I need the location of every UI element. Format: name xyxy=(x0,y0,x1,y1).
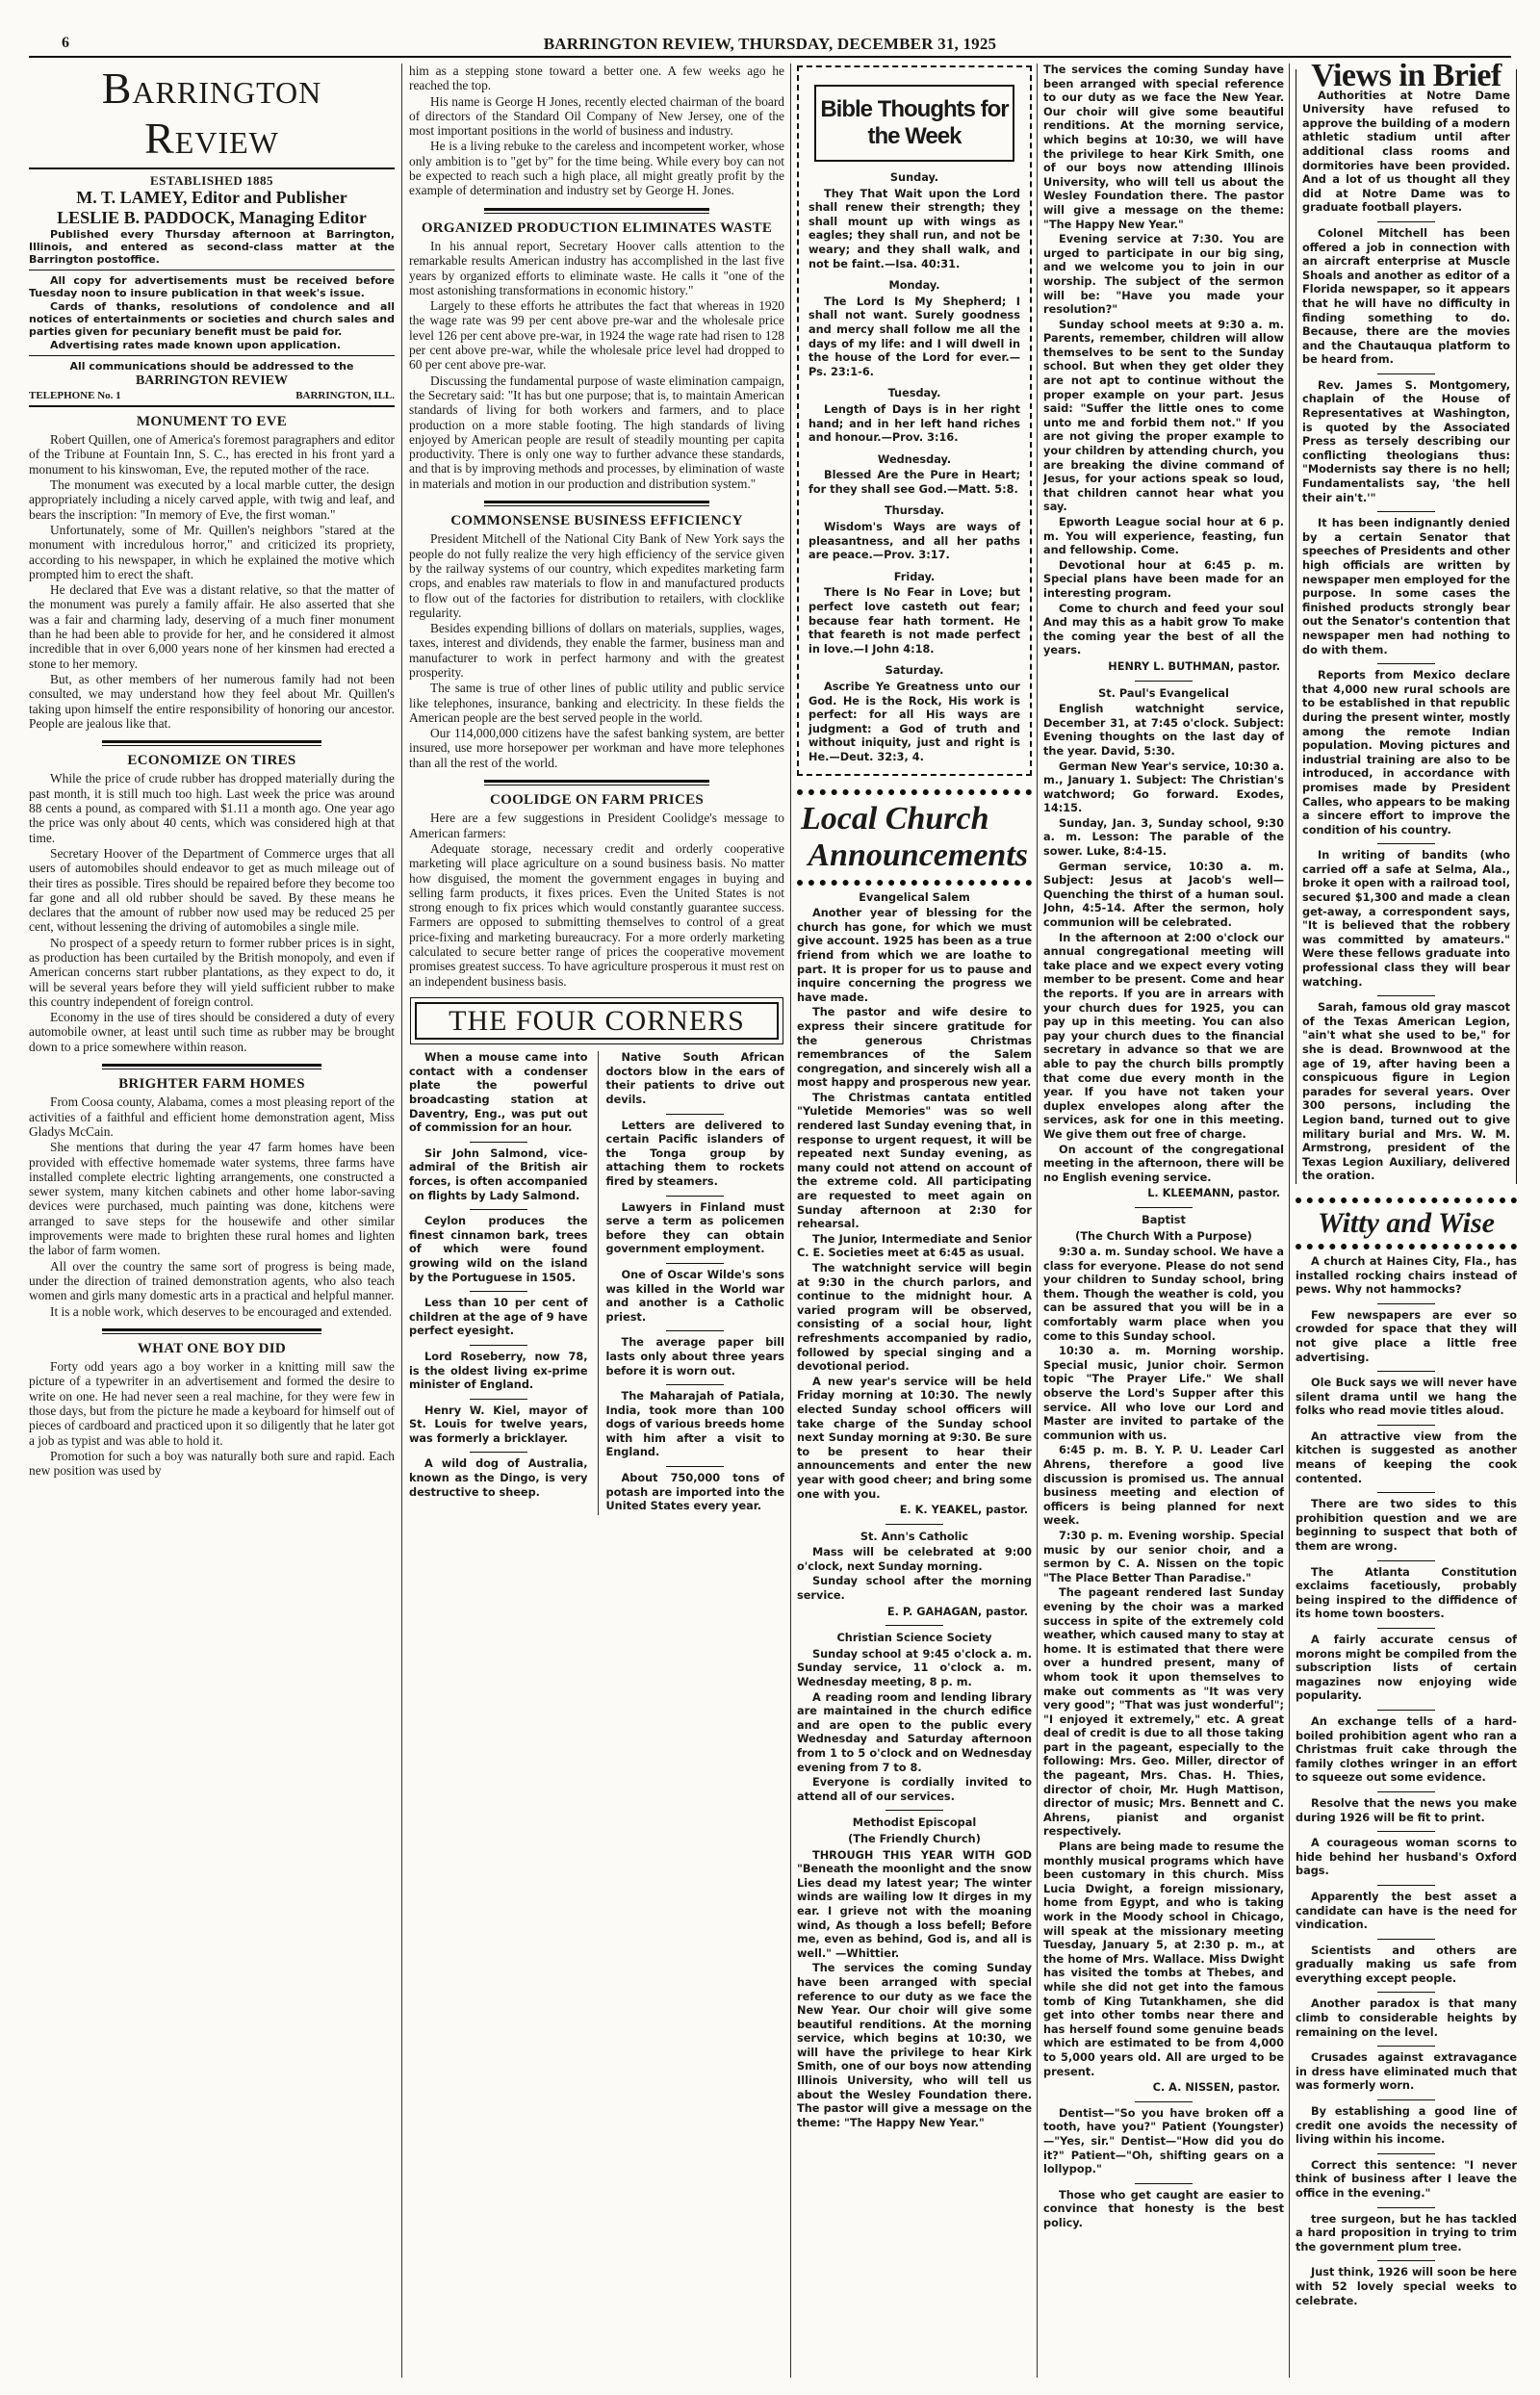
quip: Those who get caught are easier to convi… xyxy=(1043,2189,1284,2231)
headline-coolidge: COOLIDGE ON FARM PRICES xyxy=(409,793,784,808)
paragraph: German New Year's service, 10:30 a. m., … xyxy=(1043,760,1284,816)
paragraph: Robert Quillen, one of America's foremos… xyxy=(29,432,395,476)
paragraph: Mass will be celebrated at 9:00 o'clock,… xyxy=(797,1546,1032,1574)
section-divider xyxy=(102,740,321,746)
paragraph: A reading room and lending library are m… xyxy=(797,1691,1032,1776)
witty-item: Ole Buck says we will never have silent … xyxy=(1296,1377,1517,1419)
running-header: 6 BARRINGTON REVIEW, THURSDAY, DECEMBER … xyxy=(29,33,1511,58)
fact-item: One of Oscar Wilde's sons was killed in … xyxy=(606,1269,785,1325)
paragraph: All over the country the same sort of pr… xyxy=(29,1259,395,1303)
fact-item: Lord Roseberry, now 78, is the oldest li… xyxy=(409,1351,588,1393)
church-name: Evangelical Salem xyxy=(797,891,1032,906)
paragraph: Plans are being made to resume the month… xyxy=(1043,1841,1284,2079)
witty-item: Resolve that the news you make during 19… xyxy=(1296,1797,1517,1825)
paragraph: A new year's service will be held Friday… xyxy=(797,1376,1032,1502)
witty-item: Scientists and others are gradually maki… xyxy=(1296,1944,1517,1987)
paragraph: Largely to these efforts he attributes t… xyxy=(409,298,784,372)
established-line: ESTABLISHED 1885 xyxy=(29,173,395,188)
church-name: St. Ann's Catholic xyxy=(797,1531,1032,1545)
paragraph: Our 114,000,000 citizens have the safest… xyxy=(409,726,784,770)
pastor-signature: L. KLEEMANN, pastor. xyxy=(1043,1187,1280,1201)
paragraph: He is a living rebuke to the careless an… xyxy=(409,139,784,197)
column-rule xyxy=(1289,64,1290,2378)
verse: The Lord Is My Shepherd; I shall not wan… xyxy=(808,296,1020,380)
day-label: Monday. xyxy=(808,279,1020,294)
day-label: Tuesday. xyxy=(808,387,1020,401)
witty-item: An attractive view from the kitchen is s… xyxy=(1296,1430,1517,1486)
paragraph: Sunday school at 9:45 o'clock a. m. Sund… xyxy=(797,1648,1032,1690)
witty-item: There are two sides to this prohibition … xyxy=(1296,1498,1517,1554)
paragraph: The pastor and wife desire to express th… xyxy=(797,1006,1032,1091)
fact-item: Native South African doctors blow in the… xyxy=(606,1051,785,1107)
joke: Dentist—"So you have broken off a tooth,… xyxy=(1043,2107,1284,2177)
paragraph: Everyone is cordially invited to attend … xyxy=(797,1776,1032,1804)
masthead-title: Barrington Review xyxy=(29,64,395,169)
witty-item: Few newspapers are ever so crowded for s… xyxy=(1296,1309,1517,1365)
fact-item: When a mouse came into contact with a co… xyxy=(409,1051,588,1136)
paragraph: His name is George H Jones, recently ele… xyxy=(409,94,784,139)
telephone: TELEPHONE No. 1 xyxy=(29,389,121,403)
fact-item: Henry W. Kiel, mayor of St. Louis for tw… xyxy=(409,1404,588,1447)
witty-item: The Atlanta Constitution exclaims faceti… xyxy=(1296,1566,1517,1622)
paragraph: Evening service at 7:30. You are urged t… xyxy=(1043,233,1284,318)
paragraph: He declared that Eve was a distant relat… xyxy=(29,582,395,671)
banner-title-line1: Local Church xyxy=(801,801,1028,837)
column-1: Barrington Review ESTABLISHED 1885 M. T.… xyxy=(29,64,395,2385)
section-divider xyxy=(484,208,709,214)
paragraph: The same is true of other lines of publi… xyxy=(409,681,784,725)
fact-item: The average paper bill lasts only about … xyxy=(606,1336,785,1378)
column-rule xyxy=(790,64,791,2378)
paragraph: 6:45 p. m. B. Y. P. U. Leader Carl Ahren… xyxy=(1043,1444,1284,1529)
bible-thoughts-box: Bible Thoughts for the Week Sunday. They… xyxy=(797,65,1032,776)
brief-item: Authorities at Notre Dame University hav… xyxy=(1302,90,1510,216)
church-subtitle: (The Church With a Purpose) xyxy=(1043,1230,1284,1245)
four-corners-left: When a mouse came into contact with a co… xyxy=(409,1051,588,1515)
ad-copy-notice: All copy for advertisements must be rece… xyxy=(29,274,395,299)
communications-notice: All communications should be addressed t… xyxy=(29,360,395,373)
paragraph: While the price of crude rubber has drop… xyxy=(29,771,395,844)
paragraph: The Christmas cantata entitled "Yuletide… xyxy=(797,1092,1032,1232)
paragraph: Adequate storage, necessary credit and o… xyxy=(409,841,784,989)
fact-item: Sir John Salmond, vice-admiral of the Br… xyxy=(409,1147,588,1203)
paragraph: In the afternoon at 2:00 o'clock our ann… xyxy=(1043,932,1284,1143)
paragraph: Promotion for such a boy was naturally b… xyxy=(29,1449,395,1479)
paragraph: Besides expending billions of dollars on… xyxy=(409,621,784,680)
day-label: Saturday. xyxy=(808,664,1020,679)
four-corners-title: THE FOUR CORNERS xyxy=(415,1002,779,1040)
paragraph: But, as other members of her numerous fa… xyxy=(29,672,395,731)
witty-item: Crusades against extravagance in dress h… xyxy=(1296,2051,1517,2094)
column-rule xyxy=(401,64,402,2378)
rates-notice: Advertising rates made known upon applic… xyxy=(29,339,395,351)
church-name: Methodist Episcopal xyxy=(797,1816,1032,1831)
verse: Length of Days is in her right hand; and… xyxy=(808,403,1020,446)
witty-item: By establishing a good line of credit on… xyxy=(1296,2105,1517,2148)
paragraph: Epworth League social hour at 6 p. m. Yo… xyxy=(1043,516,1284,558)
brief-item: Rev. James S. Montgomery, chaplain of th… xyxy=(1302,379,1510,505)
headline-tires: ECONOMIZE ON TIRES xyxy=(29,754,395,768)
pastor-signature: E. K. YEAKEL, pastor. xyxy=(797,1504,1028,1518)
verse: Ascribe Ye Greatness unto our God. He is… xyxy=(808,681,1020,765)
day-label: Sunday. xyxy=(808,171,1020,186)
fact-item: The Maharajah of Patiala, India, took mo… xyxy=(606,1390,785,1460)
pastor-signature: C. A. NISSEN, pastor. xyxy=(1043,2081,1280,2096)
views-in-brief-box: Views in Brief Authorities at Notre Dame… xyxy=(1296,69,1517,1184)
verse: Wisdom's Ways are ways of pleasantness, … xyxy=(808,521,1020,563)
paragraph: Another year of blessing for the church … xyxy=(797,907,1032,1005)
paragraph: In his annual report, Secretary Hoover c… xyxy=(409,239,784,297)
church-name: Christian Science Society xyxy=(797,1632,1032,1646)
paragraph: English watchnight service, December 31,… xyxy=(1043,703,1284,759)
verse: There Is No Fear in Love; but perfect lo… xyxy=(808,586,1020,657)
column-4: The services the coming Sunday have been… xyxy=(1043,64,1284,2385)
fact-item: About 750,000 tons of potash are importe… xyxy=(606,1472,785,1514)
brief-item: Sarah, famous old gray mascot of the Tex… xyxy=(1302,1001,1510,1184)
headline-one-boy: WHAT ONE BOY DID xyxy=(29,1342,395,1356)
paragraph: 9:30 a. m. Sunday school. We have a clas… xyxy=(1043,1246,1284,1344)
paragraph: Come to church and feed your soul And ma… xyxy=(1043,603,1284,658)
headline-efficiency: COMMONSENSE BUSINESS EFFICIENCY xyxy=(409,514,784,528)
paragraph: Devotional hour at 6:45 p. m. Special pl… xyxy=(1043,559,1284,602)
fact-item: Less than 10 per cent of children at the… xyxy=(409,1297,588,1339)
paragraph: It is a noble work, which deserves to be… xyxy=(29,1304,395,1319)
witty-item: Another paradox is that many climb to co… xyxy=(1296,1997,1517,2040)
witty-item: Just think, 1926 will soon be here with … xyxy=(1296,2266,1517,2308)
managing-editor-line: LESLIE B. PADDOCK, Managing Editor xyxy=(29,208,395,228)
church-subtitle: (The Friendly Church) xyxy=(797,1833,1032,1847)
day-label: Wednesday. xyxy=(808,453,1020,468)
publication-notice: Published every Thursday afternoon at Ba… xyxy=(29,228,395,266)
paragraph: The monument was executed by a local mar… xyxy=(29,477,395,522)
newspaper-page: 6 BARRINGTON REVIEW, THURSDAY, DECEMBER … xyxy=(0,0,1540,2395)
brief-item: Reports from Mexico declare that 4,000 n… xyxy=(1302,669,1510,837)
section-divider xyxy=(102,1328,321,1334)
verse: They That Wait upon the Lord shall renew… xyxy=(808,188,1020,272)
headline-monument: MONUMENT TO EVE xyxy=(29,415,395,429)
day-label: Friday. xyxy=(808,571,1020,585)
paragraph: From Coosa county, Alabama, comes a most… xyxy=(29,1094,395,1139)
paragraph-continued: The services the coming Sunday have been… xyxy=(1043,64,1284,232)
church-name: St. Paul's Evangelical xyxy=(1043,687,1284,702)
witty-and-wise-banner: Witty and Wise xyxy=(1296,1197,1517,1249)
brief-item: Colonel Mitchell has been offered a job … xyxy=(1302,227,1510,368)
brief-item: In writing of bandits (who carried off a… xyxy=(1302,849,1510,990)
editor-line: M. T. LAMEY, Editor and Publisher xyxy=(29,188,395,208)
column-rule xyxy=(1037,64,1038,2378)
bible-thoughts-title: Bible Thoughts for the Week xyxy=(814,85,1014,162)
poem: THROUGH THIS YEAR WITH GOD "Beneath the … xyxy=(797,1849,1032,1962)
paragraph: Sunday school after the morning service. xyxy=(797,1575,1032,1603)
paragraph: Unfortunately, some of Mr. Quillen's nei… xyxy=(29,523,395,581)
verse: Blessed Are the Pure in Heart; for they … xyxy=(808,469,1020,497)
cards-notice: Cards of thanks, resolutions of condolen… xyxy=(29,300,395,338)
paragraph: The watchnight service will begin at 9:3… xyxy=(797,1262,1032,1375)
headline-waste: ORGANIZED PRODUCTION ELIMINATES WASTE xyxy=(409,221,784,236)
fact-item: A wild dog of Australia, known as the Di… xyxy=(409,1457,588,1500)
section-divider xyxy=(484,780,709,785)
paragraph: 10:30 a. m. Morning worship. Special mus… xyxy=(1043,1345,1284,1443)
four-corners-right: Native South African doctors blow in the… xyxy=(598,1051,785,1515)
witty-item: Correct this sentence: "I never think of… xyxy=(1296,2159,1517,2202)
paragraph: Forty odd years ago a boy worker in a kn… xyxy=(29,1359,395,1448)
brief-item: It has been indignantly denied by a cert… xyxy=(1302,517,1510,657)
paragraph: The pageant rendered last Sunday evening… xyxy=(1043,1586,1284,1840)
pastor-signature: E. P. GAHAGAN, pastor. xyxy=(797,1606,1028,1620)
paragraph: On account of the congregational meeting… xyxy=(1043,1144,1284,1186)
paragraph: German service, 10:30 a. m. Subject: Jes… xyxy=(1043,861,1284,931)
paragraph: The Junior, Intermediate and Senior C. E… xyxy=(797,1233,1032,1261)
church-announcements-banner: Local Church Announcements xyxy=(797,789,1032,886)
witty-item: A fairly accurate census of morons might… xyxy=(1296,1634,1517,1704)
location: BARRINGTON, ILL. xyxy=(295,389,395,403)
running-title: BARRINGTON REVIEW, THURSDAY, DECEMBER 31… xyxy=(29,35,1511,54)
headline-farm-homes: BRIGHTER FARM HOMES xyxy=(29,1077,395,1092)
four-corners-section: When a mouse came into contact with a co… xyxy=(409,1051,784,1515)
paragraph: The services the coming Sunday have been… xyxy=(797,1962,1032,2130)
church-name: Baptist xyxy=(1043,1214,1284,1228)
paragraph: 7:30 p. m. Evening worship. Special musi… xyxy=(1043,1530,1284,1585)
witty-item: Apparently the best asset a candidate ca… xyxy=(1296,1891,1517,1933)
column-2: him as a stepping stone toward a better … xyxy=(409,64,784,2385)
paragraph: President Mitchell of the National City … xyxy=(409,531,784,620)
paper-name: BARRINGTON REVIEW xyxy=(29,373,395,388)
witty-item: tree surgeon, but he has tackled a hard … xyxy=(1296,2213,1517,2255)
pastor-signature: HENRY L. BUTHMAN, pastor. xyxy=(1043,660,1280,675)
day-label: Thursday. xyxy=(808,504,1020,519)
paragraph: Here are a few suggestions in President … xyxy=(409,811,784,840)
fact-item: Letters are delivered to certain Pacific… xyxy=(606,1120,785,1190)
paragraph: Sunday school meets at 9:30 a. m. Parent… xyxy=(1043,319,1284,515)
banner-title-line2: Announcements xyxy=(801,837,1028,874)
witty-item: A courageous woman scorns to hide behind… xyxy=(1296,1837,1517,1879)
paragraph: She mentions that during the year 47 far… xyxy=(29,1140,395,1257)
column-5: Views in Brief Authorities at Notre Dame… xyxy=(1296,64,1517,2385)
fact-item: Lawyers in Finland must serve a term as … xyxy=(606,1201,785,1257)
views-in-brief-title: Views in Brief xyxy=(1302,69,1510,84)
paragraph: Discussing the fundamental purpose of wa… xyxy=(409,373,784,491)
masthead: Barrington Review ESTABLISHED 1885 M. T.… xyxy=(29,64,395,407)
witty-item: A church at Haines City, Fla., has insta… xyxy=(1296,1255,1517,1298)
paragraph: Sunday, Jan. 3, Sunday school, 9:30 a. m… xyxy=(1043,817,1284,860)
paragraph: Secretary Hoover of the Department of Co… xyxy=(29,846,395,935)
witty-and-wise-title: Witty and Wise xyxy=(1299,1207,1513,1240)
section-divider xyxy=(484,501,709,506)
column-3: Bible Thoughts for the Week Sunday. They… xyxy=(797,64,1032,2385)
paragraph: No prospect of a speedy return to former… xyxy=(29,936,395,1009)
witty-item: An exchange tells of a hard-boiled prohi… xyxy=(1296,1715,1517,1786)
fact-item: Ceylon produces the finest cinnamon bark… xyxy=(409,1215,588,1285)
paragraph: Economy in the use of tires should be co… xyxy=(29,1010,395,1054)
paragraph: him as a stepping stone toward a better … xyxy=(409,64,784,93)
section-divider xyxy=(102,1064,321,1069)
